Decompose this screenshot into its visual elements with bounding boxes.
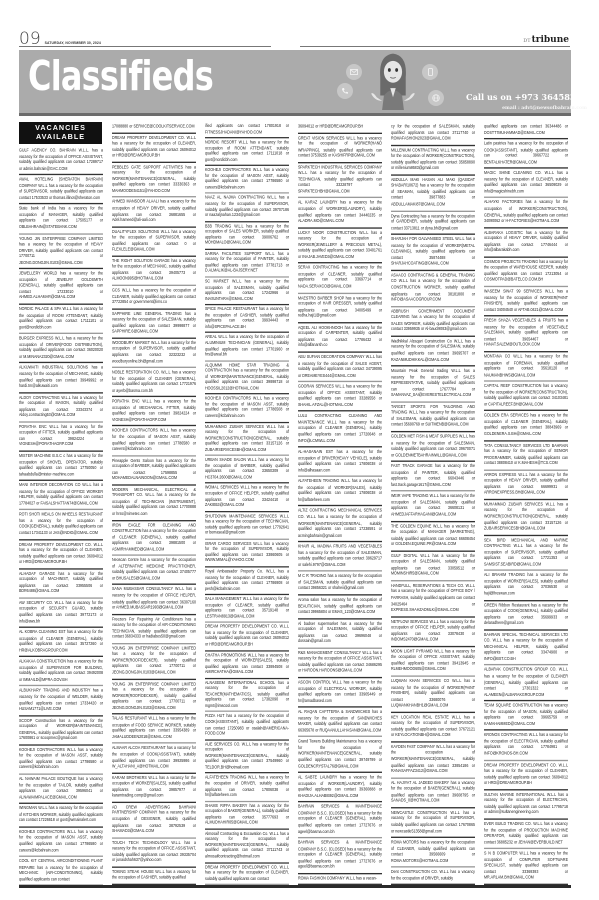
classified-ad: TALAS RESTURANT W.L.L has a vacancy for … — [112, 715, 196, 744]
classified-ad: YOUNG JIN ENTERPRISE COMPANY LIMITED has… — [112, 644, 196, 679]
classified-ad: SPICE PALACE RESTAURANT has a vacancy fo… — [205, 305, 289, 333]
cartoon-woman-figure — [371, 50, 415, 110]
classified-ad: BURGER EXPRESS W.L.L has a vacancy for t… — [19, 334, 103, 363]
classified-ad: NETFLOW SERVICES W.L.L has a vacancy for… — [391, 617, 475, 647]
classified-ad: HANDFULL, RESERVATIONS & TECH CO. W.L.L … — [391, 581, 475, 617]
classified-ad: PORATHA ENC W.L.L has a vacancy for the … — [19, 422, 103, 451]
classified-ad: SC MARKET W.L.L has a vacancy for the oc… — [205, 278, 289, 306]
classified-ad: ALHAYKI FACTORIES has a vacancy for the … — [484, 199, 568, 229]
classified-ad: Freezers For Repairing Air Conditioners … — [112, 615, 196, 644]
classified-ad: COSMOS PROJECTS TRADING has a vacancy fo… — [484, 258, 568, 288]
phone-icon — [337, 83, 353, 99]
column-1: GULF AGENCY CO. BAHRAIN W.L.L. has a vac… — [19, 146, 103, 886]
classified-ad: SHUTDOWN MAINTENANCE SERVICES W.L.L has … — [205, 512, 289, 540]
envelope-icon — [346, 64, 362, 80]
classified-ad: BAHRAIN SERVICES & MAINTENANCE COMPANY B… — [298, 838, 382, 874]
masthead-rule-left — [19, 46, 271, 47]
classified-ad: Neoscan Centre has a vacancy for the occ… — [112, 556, 196, 585]
classified-ad: WOMAL SERVICES W.L.L has a vacancy for t… — [205, 484, 289, 512]
classified-ad: SPARKTECH INDUSTRIAL SERVICES COMPANY W.… — [298, 163, 382, 199]
classified-ad: MUHAMMAD ZUBAIR SERVICES W.L.L has a vac… — [484, 500, 568, 536]
column-5: cy for the occupation of SALESMAN, suita… — [391, 122, 475, 885]
classified-ad: ALNASEEM INTERNATIONAL SCHOOL has a vaca… — [205, 679, 289, 713]
classified-ad: MANI INTERIOR DECORATION CO W.L.L has a … — [19, 481, 103, 510]
classified-ad: ALDOY CONTRACTING W.L.L has a vacancy fo… — [19, 393, 103, 422]
classified-ad: ALBARAKA LOGISTIC has a vacancy for the … — [484, 228, 568, 258]
classified-ad: GULF AGENCY CO. BAHRAIN W.L.L. has a vac… — [19, 146, 103, 175]
classified-ad: YOUNG JIN ENTERPRISE COMPANY LIMITED has… — [112, 679, 196, 714]
classified-ad: ASCON CONTROL W.L.L has a vacancy for th… — [298, 678, 382, 708]
classified-ad: GULF DIGITAL W.L.L has a vacancy for the… — [391, 551, 475, 581]
classified-ad: KOOHEJI CONTRACTORS W.L.L has a vacancy … — [112, 427, 196, 456]
classified-ad: MUHAMMAD ZUBAIR SERVICES W.L.L has a vac… — [205, 423, 289, 457]
classified-ad: GREEN Ribbon Restaurant has a vacancy fo… — [484, 601, 568, 631]
classified-ad: Grand Towers Building Maintenance has a … — [298, 737, 382, 773]
classified-ad: TARGET SPORTS FOR TAILORING AND TRADING … — [391, 402, 475, 432]
classified-ad: ified applicants can contact 17801918 or… — [205, 122, 289, 138]
page-number: 09 — [19, 31, 41, 47]
classified-ad: qualified applicants can contact 3634448… — [484, 122, 568, 139]
classified-ad: ALMAAR ALCOA RESTAURANT has a vacancy fo… — [112, 744, 196, 773]
classified-ad: DREAM PROPERTY DEVELOPMENT CO. W.L.L has… — [484, 761, 568, 791]
classified-ad: MODERN MECHANICAL, ELECTRICAL & TRANSPOR… — [112, 485, 196, 520]
classified-ad: YOUNG JIN ENTERPRISE COMPANY LIMITED has… — [19, 234, 103, 269]
classified-ad: TOKING STEAK HOUSE W.L.L has a vacancy f… — [112, 868, 196, 885]
classified-ad: AUE SERVICES CO. W.L.L has a vacancy for… — [205, 740, 289, 774]
email-text: email : advt@newsofbahrain.com — [502, 106, 587, 111]
classified-ad: ALBARAK CONSTRUCTION GROUP CO. W.L.L has… — [484, 666, 568, 702]
classified-ad: Mountain Peak General trading W.L.L has … — [391, 367, 475, 403]
classified-ad: ALBUKHARY TRADING AND INDUSTRY has a vac… — [19, 687, 103, 716]
classified-ad: Dent CONSTRUCTION CO. W.L.L has a vacanc… — [391, 868, 475, 886]
classified-ad: 17088880 or SERVICE@COOLKITSERVICE.COM — [112, 122, 196, 133]
classified-ad: KRONOS CONTRACTING W.L.L has a vacancy f… — [484, 731, 568, 761]
classified-ad: ARRON EXPRESS W.L.L has a vacancy for th… — [484, 470, 568, 500]
classified-ad: SHAMS RIFFA BAKERY has a vacancy for the… — [205, 802, 289, 830]
classified-ad: MAESTRO BARBER SHOP has a vacancy for th… — [298, 294, 382, 324]
classified-columns: GULF AGENCY CO. BAHRAIN W.L.L. has a vac… — [19, 122, 571, 892]
classified-ad: NORDIC PALACE & SPA W.L.L has a vacancy … — [19, 305, 103, 334]
classified-ad: KOOHEJI CONTRACTORS W.L.L has a vacancy … — [205, 166, 289, 194]
classified-ad: ROTI SHOTI MEALS ON WHEELS RESTAURANT ha… — [19, 511, 103, 540]
classified-ad: KOOHEJI CONTRACTORS W.L.L has a vacancy … — [19, 828, 103, 857]
classified-ad: AL SABTE LAUNDRY has a vacancy for the o… — [298, 773, 382, 803]
classified-ad: IRON EAGLE FOR CLEANING AND CONSTRUCTION… — [112, 521, 196, 556]
classified-ad: THE GOLDEN EQUINE W.L.L has a vacancy fo… — [391, 522, 475, 552]
classified-ad: Almosaif Contracting & Excavation Co. W.… — [205, 829, 289, 863]
classified-ad: WASEEM SINAT 99 SERVICES W.L.L has a vac… — [484, 287, 568, 317]
classified-ad: WOODBURY MARKET W.L.L has a vacancy for … — [112, 339, 196, 368]
classifieds-banner: Classifieds — [19, 50, 571, 116]
classified-ad: PIZZA HUT has a vacancy for the occupati… — [205, 712, 289, 740]
classified-ad: PEBBLES GATE SUPPORT ACTIVITIES has a va… — [112, 163, 196, 198]
classified-ad: Al badser supermarket has a vacancy for … — [298, 619, 382, 649]
column-2: 17088880 or SERVICE@COOLKITSERVICE.COMDR… — [112, 122, 196, 885]
page-bottom-rule — [19, 885, 571, 888]
classified-ad: ASAACO CONTRACTING & GENERAL TRADING CO … — [391, 271, 475, 307]
classified-ad: AL RAQAN CAFTTERIA & SANDWICHES has a va… — [298, 708, 382, 738]
classified-ad: DUALITYFLEX SOLUTIONS W.L.L has a vacanc… — [112, 227, 196, 256]
classified-ad: State bank of India has a vacancy for th… — [19, 205, 103, 234]
classified-ad: KHAIR AL MADINA FRUITS AND VEGETABLES ha… — [298, 542, 382, 572]
column-4: 36094012 or HRD@DREAMGROUP.BHGREAT VISIO… — [298, 122, 382, 885]
classified-ad: SANA MUBASSAR CONSULTANCY W.L.L has a va… — [112, 585, 196, 614]
classified-ad: CHATHA PROMOTIONS W.L.L has a vacancy fo… — [205, 651, 289, 679]
classified-ad: AL-HASANAIN EST has a vacancy for the oc… — [298, 448, 382, 478]
classified-ad: CAPITAL REEF CONSTRUCTION has a vacancy … — [484, 382, 568, 412]
classified-ad: ROMA MOTORS has a vacancy for the occupa… — [391, 838, 475, 868]
classified-ad: NOBLE RESTORATION CO. W.L.L has a vacanc… — [112, 368, 196, 397]
classified-ad: ROMA FASHION COMPANY W.L.L has a vacan- — [298, 874, 382, 885]
classified-ad: SCOOP Construction has a vacancy for the… — [19, 716, 103, 745]
classified-ad: KEY LOCATION REAL ESTATE W.L.L has a vac… — [391, 713, 475, 743]
classified-ad: ALKAKAA CONSTRUCTION has a vacancy for t… — [19, 657, 103, 686]
classified-ad: COOL KIT CENTRAL AIRCONDITIONING PLANT R… — [19, 857, 103, 886]
classified-ad: AL KOBRA CLEANING EST has a vacancy for … — [19, 628, 103, 657]
masthead: 09 SATURDAY, NOVEMBER 30, 2024 — [19, 29, 271, 47]
classified-ad: AQEEL ALI HOOKHNOOH has a vacancy for th… — [298, 323, 382, 353]
classified-ad: KOOHEJI CONTRACTORS W.L.L has a vacancy … — [19, 745, 103, 774]
classified-ad: AL KARAZ LAUNDRY has a vacancy for the o… — [298, 199, 382, 229]
classified-ad: AL HAJIYAT AL JADEED BAKERY has a vacanc… — [391, 778, 475, 808]
classified-ad: AHMED MANSOOR ALAALI has a vacancy for t… — [112, 198, 196, 227]
classified-ad: Pineapple Gents Saloon has a vacancy for… — [112, 456, 196, 485]
classified-ad: GCS W.L.L has a vacancy for the occupati… — [112, 286, 196, 309]
classified-ad: BAHRAIN SERVICES & MAINTENANCE COMPANY B… — [298, 803, 382, 839]
classified-ad: ALQUMMI HOME STAR TRADING & CONTRACTION … — [205, 361, 289, 395]
classified-ad: DREAM PROPERTY DEVELOPMENT CO. W.L.L has… — [19, 540, 103, 569]
classified-ad: NORDIC RESORT W.L.L has a vacancy for th… — [205, 138, 289, 166]
classified-ad: THE RIGHT SOLUTION GARAGE has a vacancy … — [112, 257, 196, 286]
masthead-rule-right — [300, 46, 570, 47]
column-3: ified applicants can contact 17801918 or… — [205, 122, 289, 885]
classified-ad: SAPPHIRE LINE GENERAL TRADING has a vaca… — [112, 309, 196, 338]
classified-ad: Latin pastries has a vacancy for the occ… — [484, 139, 568, 169]
column-6: qualified applicants can contact 3634448… — [484, 122, 568, 885]
classified-ad: TOUCH TECH TECHNOLOGY W.L.L has a vacanc… — [112, 838, 196, 867]
classified-ad: DREAM PROPERTY DEVELOPMENT CO. W.L.L has… — [205, 623, 289, 651]
classified-ad: AWAL HOTELING (SHERATON BAHRAIN) COMPANY… — [19, 175, 103, 204]
classified-ad: ALFATEHEEN TRADING W.L.L has a vacancy f… — [298, 477, 382, 507]
classified-ad: SARINA FACILITIES SUPPORT W.L.L has a va… — [205, 250, 289, 278]
classified-ad: MISTER MACHINE B.S.C c has a vacancy for… — [19, 452, 103, 481]
classified-ad: GOLDEN MET FISH & MEAT SUPPLIES W.L.L ha… — [391, 432, 475, 462]
classified-ad: WINGMAN W.L.L has a vacancy for the occu… — [19, 804, 103, 827]
classified-ad: WEIR VAPE TRADING W.L.L has a vacancy fo… — [391, 492, 475, 522]
classified-ad: PORATHA ENC W.L.L has a vacancy for the … — [112, 397, 196, 426]
classified-ad: ALKUWAITI INDUSTRIAL SOLUTIONS has a vac… — [19, 364, 103, 393]
classified-ad: ABBRUSH GOVERNMENT DOCUMENT CLEARING has… — [391, 307, 475, 337]
classified-ad: GOORAN SERVICES W.L.L has a vacancy for … — [298, 382, 382, 412]
classified-ad: GREAT VISION SERVICES W.L.L has a vacanc… — [298, 133, 382, 163]
classified-ad: MILLENIUM CONTRACTING W.L.L has a vacanc… — [391, 146, 475, 176]
classified-ad: DREAM PROPERTY DEVELOPMENT CO. W.L.L has… — [205, 863, 289, 885]
classified-ad: NEWCASTLE CONSTRUCTION W.L.L has a vacan… — [391, 808, 475, 838]
classified-ad: NAAZ AL NAJMA CONTRACTING W.L.L has a va… — [205, 194, 289, 222]
classified-ad: SHARJAH FOR GALVANISED STEEL W.L.L has a… — [391, 235, 475, 271]
classified-ad: ALFATEHEEN TRADING W.L.L has a vacancy f… — [205, 774, 289, 802]
classified-ad: S N B COMPUTER W.L.L has a vacancy for t… — [484, 849, 568, 885]
classified-ad: MAGIC SHINE CLEANING CO. W.L.L has a vac… — [484, 169, 568, 199]
classified-ad: EVER BUILD TRADING CO. W.L.L has a vacan… — [484, 820, 568, 850]
classified-ad: SEA BIRD MECHANICAL AND MARINE CONTRACTI… — [484, 536, 568, 572]
brand-name: tribune — [532, 35, 569, 45]
classified-ad: SERAX CONTRACTING has a vacancy for the … — [298, 264, 382, 294]
classified-ad: M C R TRADING has a vacancy for the occu… — [298, 572, 382, 596]
call-us-text: Call us on +973 36458394 — [466, 92, 587, 102]
globe-icon — [428, 90, 444, 106]
classified-ad: ABU SUFIAN DECORATION COMPANY W.L.L has … — [298, 353, 382, 383]
classified-ad: Wadhikkal Alzaqari Construction Co W.L.L… — [391, 337, 475, 367]
classified-ad: SULTAN MARINE INTERNATIONAL W.L.L has a … — [484, 790, 568, 820]
classified-ad: 36094012 or HRD@DREAMGROUP.BH — [298, 122, 382, 133]
classified-ad: LUCKY NOOR CONSTRUCTION W.L.L has a vaca… — [298, 228, 382, 264]
classified-ad: AD CREW ADVERTISING BAHRAINI PARTNERSHIP… — [112, 803, 196, 838]
classified-ad: Dyna Contracting has a vacancy for the o… — [391, 211, 475, 235]
classified-ad: R&S MANAGEMENT CONSULTANCY W.L.L has a v… — [298, 649, 382, 679]
classified-ad: AL NAWAIM PALACE BOUTIQUE has a vacancy … — [19, 775, 103, 804]
classified-ad: Aroma salon has a vacancy for the occupa… — [298, 596, 382, 620]
classified-ad: TATA CONSULTANCY SERVICES LTD BAHRAIN ha… — [484, 441, 568, 471]
classified-ad: TEAM SQUARE CONSTRUCTION has a vacancy f… — [484, 702, 568, 732]
classified-ad: BAHRAIN SPECIAL TECHNICAL SERVICES LTD C… — [484, 630, 568, 666]
classified-ad: ALHADAF GARAGE has a vacancy for the occ… — [19, 569, 103, 598]
classified-ad: FAST TRACK GARAGE has a vacancy for the … — [391, 462, 475, 492]
classified-ad: cy for the occupation of SALESMAN, suita… — [391, 122, 475, 146]
classified-ad: FRESH SHAZA VEGETABLES & FRUITS has a va… — [484, 317, 568, 353]
classified-ad: KOOHEJI CONTRACTORS W.L.L has a vacancy … — [205, 395, 289, 423]
page-date: SATURDAY, NOVEMBER 30, 2024 — [45, 41, 101, 45]
classified-ad: ISRAR CARGO SERVICES W.L.L has a vacancy… — [205, 540, 289, 568]
classified-ad: DREAM PROPERTY DEVELOPMENT CO. W.L.L has… — [112, 133, 196, 162]
classified-ad: SALA MANAGEMENT W.L.L has a vacancy for … — [205, 595, 289, 623]
classified-ad: B3B TRADING W.L.L has a vacancy for the … — [205, 222, 289, 250]
classified-ad: ALI BRAHIM TRADING has a vacancy for the… — [484, 571, 568, 601]
classified-ad: ABDULLA MAKI HASAN ALI MAKI (QASIDAT SHA… — [391, 176, 475, 212]
classified-ad: LULU CONTRACTING CLEANING AND MAINTENANC… — [298, 412, 382, 448]
classified-ad: KAYDEN FAST COMPANY W.L.L has a vacancy … — [391, 743, 475, 779]
classified-ad: URBAN SHADE SALON W.L.L has a vacancy fo… — [205, 456, 289, 484]
brand-prefix: DT — [523, 38, 530, 44]
classified-ad: AREAL W.L.L has a vacancy for the occupa… — [205, 333, 289, 361]
classified-ad: ALTIZ CONTRACTING MECHANICAL SERVICES CO… — [298, 507, 382, 543]
classified-ad: KARAM BROTHERS W.L.L has a vacancy for t… — [112, 774, 196, 803]
classified-ad: Royal Ambassador Property Co. W.L.L has … — [205, 567, 289, 595]
classified-ad: GOLDEN ERA SERVICES has a vacancy for th… — [484, 411, 568, 441]
classified-ad: LUQMAN KHAN SERVICES CO W.L.L has a vaca… — [391, 677, 475, 713]
classified-ad: MOON LIGHT PYRAMID W.L.L has a vacancy f… — [391, 647, 475, 677]
mobile-icon — [422, 64, 438, 80]
brand-logo: DTtribune — [523, 35, 569, 45]
classified-ad: MONTANA CO W.L.L has a vacancy for the o… — [484, 352, 568, 382]
classified-ad: AW SECURITY CO. W.L.L has a vacancy for … — [19, 599, 103, 628]
banner-title: Classifieds — [28, 52, 213, 100]
classified-ad: JEWELLERY WORLD has a vacancy for the oc… — [19, 270, 103, 305]
